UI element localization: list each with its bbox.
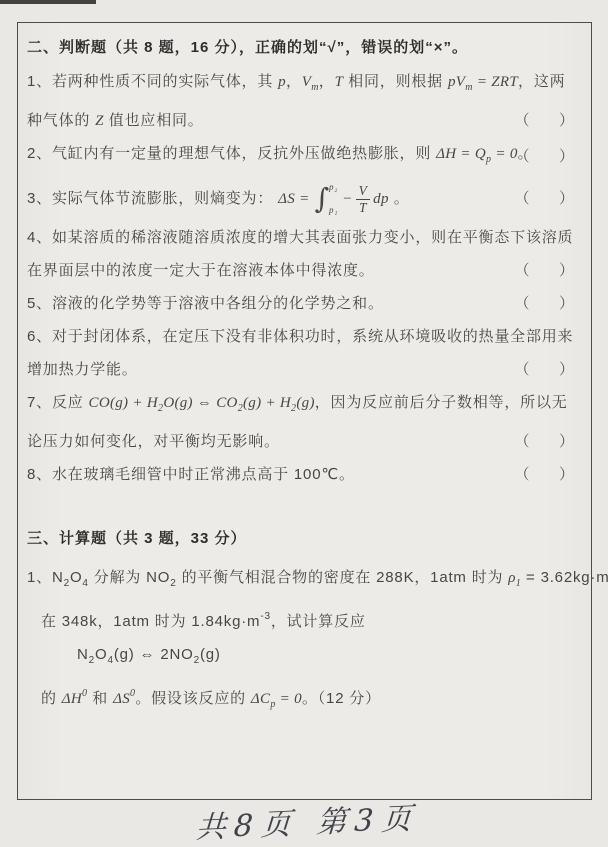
question-line: 2、气缸内有一定量的理想气体，反抗外压做绝热膨胀，则 ΔH = Qp = 0。（… (27, 143, 583, 171)
text-segment: 的 (41, 690, 62, 707)
question-line: 的 ΔH0 和 ΔS0。假设该反应的 ΔCp = 0。（12 分） (27, 683, 583, 716)
math-segment: CO(g) + H (89, 395, 158, 411)
text-segment: 3、实际气体节流膨胀，则熵变为： (27, 190, 278, 207)
text-segment: ， (319, 73, 335, 90)
math-segment: O(g) ⇔ CO (163, 395, 237, 411)
text-segment: 增加热力学能。 (27, 361, 138, 378)
math-segment: m (465, 82, 473, 93)
text-segment: ，试计算反应 (271, 613, 366, 630)
text-segment: 4、如某溶质的稀溶液随溶质浓度的增大其表面张力变小，则在平衡态下该溶质 (27, 229, 573, 246)
math-segment: = 0 (276, 691, 302, 707)
math-segment: = ZRT (473, 74, 518, 90)
text-segment: 和 (87, 690, 113, 707)
math-segment: pV (448, 74, 465, 90)
question-line: 1、若两种性质不同的实际气体，其 p，Vm，T 相同，则根据 pVm = ZRT… (27, 71, 583, 99)
math-segment: m (311, 82, 319, 93)
math-segment: (g) + H (243, 395, 291, 411)
question-line: 在界面层中的浓度一定大于在溶液本体中得浓度。（ ） (27, 260, 583, 282)
text-segment: 种气体的 (27, 112, 95, 129)
calc-questions-container: 1、N2O4 分解为 NO2 的平衡气相混合物的密度在 288K，1atm 时为… (27, 562, 583, 716)
exam-page-border-box: 二、判断题（共 8 题，16 分），正确的划“√”，错误的划“×”。 1、若两种… (17, 22, 592, 800)
text-segment: 的平衡气相混合物的密度在 288K，1atm 时为 (177, 569, 509, 586)
text-segment: (g) (200, 646, 221, 663)
question-1: 1、N2O4 分解为 NO2 的平衡气相混合物的密度在 288K，1atm 时为… (27, 562, 583, 716)
math-segment: ΔC (251, 691, 270, 707)
math-segment: (g) (296, 395, 314, 411)
judge-questions-container: 1、若两种性质不同的实际气体，其 p，Vm，T 相同，则根据 pVm = ZRT… (27, 71, 583, 486)
question-4: 4、如某溶质的稀溶液随溶质浓度的增大其表面张力变小，则在平衡态下该溶质在界面层中… (27, 227, 583, 282)
question-line: 在 348k，1atm 时为 1.84kg·m-3，试计算反应 (27, 606, 583, 633)
question-line: 7、反应 CO(g) + H2O(g) ⇔ CO2(g) + H2(g)，因为反… (27, 392, 583, 420)
answer-blank: （ ） (514, 431, 575, 453)
math-segment: ΔH = Q (436, 146, 486, 162)
integral-glyph: ∫ (315, 184, 330, 214)
question-line: 论压力如何变化，对平衡均无影响。（ ） (27, 431, 583, 453)
handwritten-page-number: 共8页 第3页 (195, 793, 421, 847)
question-line: N2O4(g) ⇔ 2NO2(g) (27, 644, 583, 672)
question-5: 5、溶液的化学势等于溶液中各组分的化学势之和。（ ） (27, 293, 583, 315)
fraction-numerator: V (356, 184, 371, 200)
text-segment: 2、气缸内有一定量的理想气体，反抗外压做绝热膨胀，则 (27, 145, 436, 162)
question-line: 5、溶液的化学势等于溶液中各组分的化学势之和。（ ） (27, 293, 583, 315)
answer-blank: （ ） (514, 260, 575, 282)
math-segment: Z (95, 113, 104, 129)
text-segment: 分解为 NO (89, 569, 170, 586)
answer-blank: （ ） (514, 359, 575, 381)
text-segment: 1、若两种性质不同的实际气体，其 (27, 73, 278, 90)
text-segment: N (77, 646, 89, 663)
fraction: VT (356, 184, 371, 215)
text-segment: O (95, 646, 107, 663)
text-segment: 6、对于封闭体系，在定压下没有非体积功时，系统从环境吸收的热量全部用来 (27, 328, 573, 345)
question-8: 8、水在玻璃毛细管中时正常沸点高于 100℃。（ ） (27, 464, 583, 486)
question-line: 增加热力学能。（ ） (27, 359, 583, 381)
math-segment: V (302, 74, 311, 90)
text-segment: ， (286, 73, 302, 90)
answer-blank: （ ） (514, 293, 575, 315)
math-segment: ΔH (62, 691, 82, 707)
text-segment: (g) ⇔ 2NO (114, 646, 194, 663)
text-segment: 。 (389, 190, 410, 207)
answer-blank: （ ） (514, 146, 575, 168)
question-line: 6、对于封闭体系，在定压下没有非体积功时，系统从环境吸收的热量全部用来 (27, 326, 583, 348)
fraction-denominator: T (359, 200, 367, 215)
text-segment: 。（12 分） (302, 690, 381, 707)
question-line: 1、N2O4 分解为 NO2 的平衡气相混合物的密度在 288K，1atm 时为… (27, 562, 583, 595)
math-segment: ΔS = (278, 191, 313, 207)
math-segment: dp (373, 191, 389, 207)
math-segment: − (342, 191, 352, 207)
question-3: 3、实际气体节流膨胀，则熵变为： ΔS = ∫p₂p₁−VTdp 。（ ） (27, 182, 583, 216)
integral-limits: p₂p₁ (329, 183, 338, 215)
text-segment: 论压力如何变化，对平衡均无影响。 (27, 433, 280, 450)
text-segment: 在 348k，1atm 时为 1.84kg·m (41, 613, 260, 630)
judge-section-title: 二、判断题（共 8 题，16 分），正确的划“√”，错误的划“×”。 (27, 37, 583, 59)
text-segment: -3 (260, 611, 271, 622)
question-6: 6、对于封闭体系，在定压下没有非体积功时，系统从环境吸收的热量全部用来增加热力学… (27, 326, 583, 381)
answer-blank: （ ） (514, 182, 575, 216)
text-segment: ，因为反应前后分子数相等，所以无 (315, 394, 568, 411)
text-segment: 在界面层中的浓度一定大于在溶液本体中得浓度。 (27, 262, 375, 279)
text-segment: 值也应相同。 (104, 112, 204, 129)
question-2: 2、气缸内有一定量的理想气体，反抗外压做绝热膨胀，则 ΔH = Qp = 0。（… (27, 143, 583, 171)
question-line: 8、水在玻璃毛细管中时正常沸点高于 100℃。（ ） (27, 464, 583, 486)
question-1: 1、若两种性质不同的实际气体，其 p，Vm，T 相同，则根据 pVm = ZRT… (27, 71, 583, 132)
text-segment: 相同，则根据 (343, 73, 448, 90)
integral-symbol: ∫p₂p₁ (315, 183, 342, 215)
integral-upper-limit: p₂ (329, 183, 338, 192)
answer-blank: （ ） (514, 110, 575, 132)
math-segment: T (335, 74, 344, 90)
text-segment: 5、溶液的化学势等于溶液中各组分的化学势之和。 (27, 295, 384, 312)
answer-blank: （ ） (514, 464, 575, 486)
text-segment: = 3.62kg·m (521, 569, 608, 586)
scan-edge-artifact (0, 0, 96, 4)
text-segment: 。假设该反应的 (135, 690, 251, 707)
math-segment: ΔS (113, 691, 130, 707)
math-segment: p (278, 74, 286, 90)
text-segment: O (70, 569, 82, 586)
integral-lower-limit: p₁ (329, 206, 338, 215)
text-segment: 7、反应 (27, 394, 89, 411)
question-7: 7、反应 CO(g) + H2O(g) ⇔ CO2(g) + H2(g)，因为反… (27, 392, 583, 453)
text-segment: 1、N (27, 569, 64, 586)
calc-section-title: 三、计算题（共 3 题，33 分） (27, 528, 583, 550)
question-line: 4、如某溶质的稀溶液随溶质浓度的增大其表面张力变小，则在平衡态下该溶质 (27, 227, 583, 249)
math-segment: ρ (508, 570, 516, 586)
question-line: 3、实际气体节流膨胀，则熵变为： ΔS = ∫p₂p₁−VTdp 。（ ） (27, 182, 583, 216)
text-segment: ，这两 (518, 73, 565, 90)
question-line: 种气体的 Z 值也应相同。（ ） (27, 110, 583, 132)
text-segment: 8、水在玻璃毛细管中时正常沸点高于 100℃。 (27, 466, 355, 483)
